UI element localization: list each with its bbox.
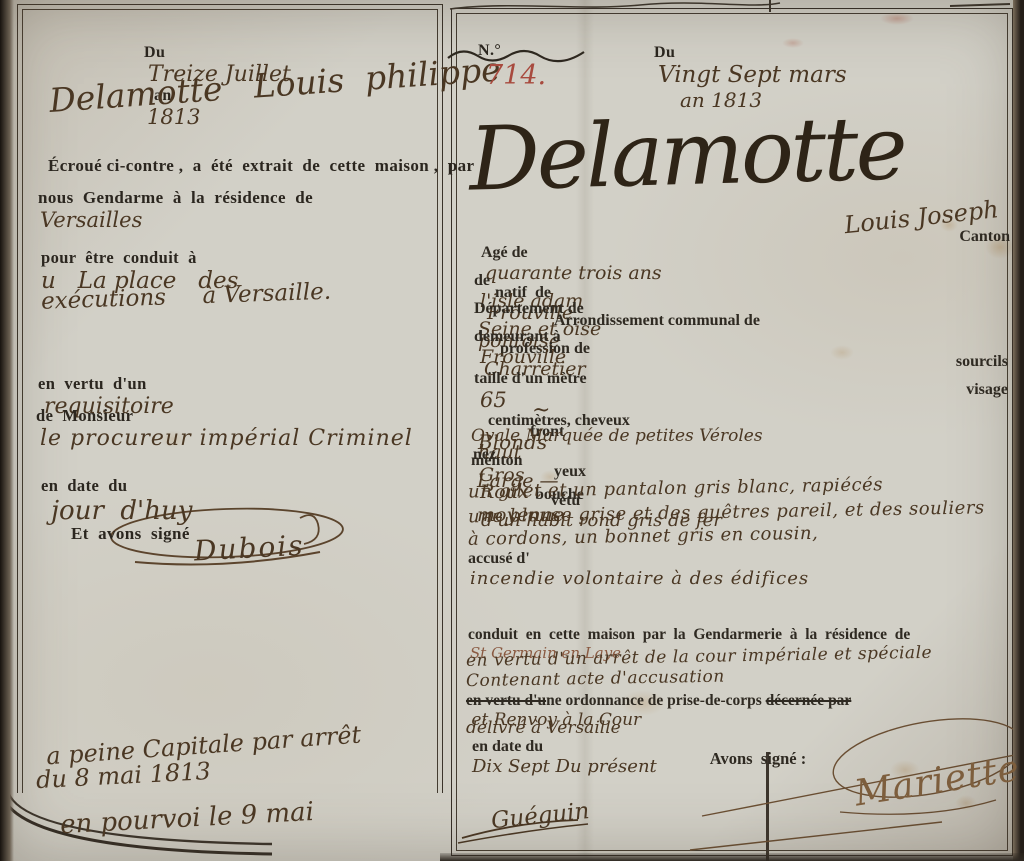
- avons-signe-label: Avons signé :: [710, 749, 806, 768]
- demeurant-label: demeurant à: [474, 328, 561, 345]
- dubois-signature-text: Dubois: [193, 529, 305, 568]
- right-en-date-label: en date du: [472, 738, 543, 755]
- ordonnance-struck-2: décernée par: [766, 692, 852, 709]
- accuse-label: accusé d': [468, 550, 530, 567]
- ecroue-line2-text: nous Gendarme à la résidence de: [38, 188, 313, 207]
- canton-label: Canton: [959, 228, 1010, 246]
- margin-note-3-text: en pourvoi le 9 mai: [59, 797, 314, 840]
- accuse-handwritten: incendie volontaire à des édifices: [470, 568, 809, 589]
- right-du-label: Du: [654, 44, 675, 61]
- en-date-label: en date du: [41, 476, 127, 495]
- page-edge-right: [1013, 0, 1024, 861]
- top-edge-flourish: [450, 0, 1010, 12]
- ecroue-place-handwritten: Versailles: [40, 208, 142, 232]
- register-scan: Du Treize Juillet an 1813 Delamotte Loui…: [0, 0, 1024, 861]
- monsieur-handwritten: le procureur impérial Criminel: [40, 426, 413, 451]
- delivre-line: délivré à Versaille en date du Dix Sept …: [450, 700, 657, 795]
- conduit-label: pour être conduit à: [41, 248, 197, 267]
- accuse-line: accusé d' incendie volontaire à des édif…: [452, 532, 809, 607]
- gueguin-signature: Guéguin: [472, 780, 592, 854]
- et-avons-signe-line: Et avons signé: [55, 506, 190, 562]
- et-avons-signe-label: Et avons signé: [71, 524, 190, 543]
- mariette-signature-text: Mariette: [852, 748, 1023, 815]
- dubois-signature: Dubois: [176, 511, 306, 587]
- register-number-label: N.°: [478, 42, 501, 59]
- visage-label: visage: [966, 381, 1008, 399]
- margin-note-line3: en pourvoi le 9 mai: [42, 779, 315, 859]
- ink-smudge: [880, 12, 914, 25]
- page-edge-bottom: [440, 853, 1024, 861]
- conduit-line2: exécutions à Versaille.: [24, 261, 332, 334]
- binding-edge-left: [0, 0, 14, 861]
- conduit-handwritten-2: exécutions à Versaille.: [41, 279, 332, 315]
- delivre-handwritten: délivré à Versaille: [466, 718, 621, 738]
- sourcils-label: sourcils: [956, 353, 1008, 371]
- gueguin-signature-text: Guéguin: [490, 798, 591, 834]
- monsieur-line: de Monsieur le procureur impérial Crimin…: [20, 388, 413, 469]
- left-prisoner-name-text: Delamotte Louis philippe: [48, 49, 502, 119]
- monsieur-label: de Monsieur: [36, 406, 133, 425]
- register-number-value: 714.: [486, 60, 546, 91]
